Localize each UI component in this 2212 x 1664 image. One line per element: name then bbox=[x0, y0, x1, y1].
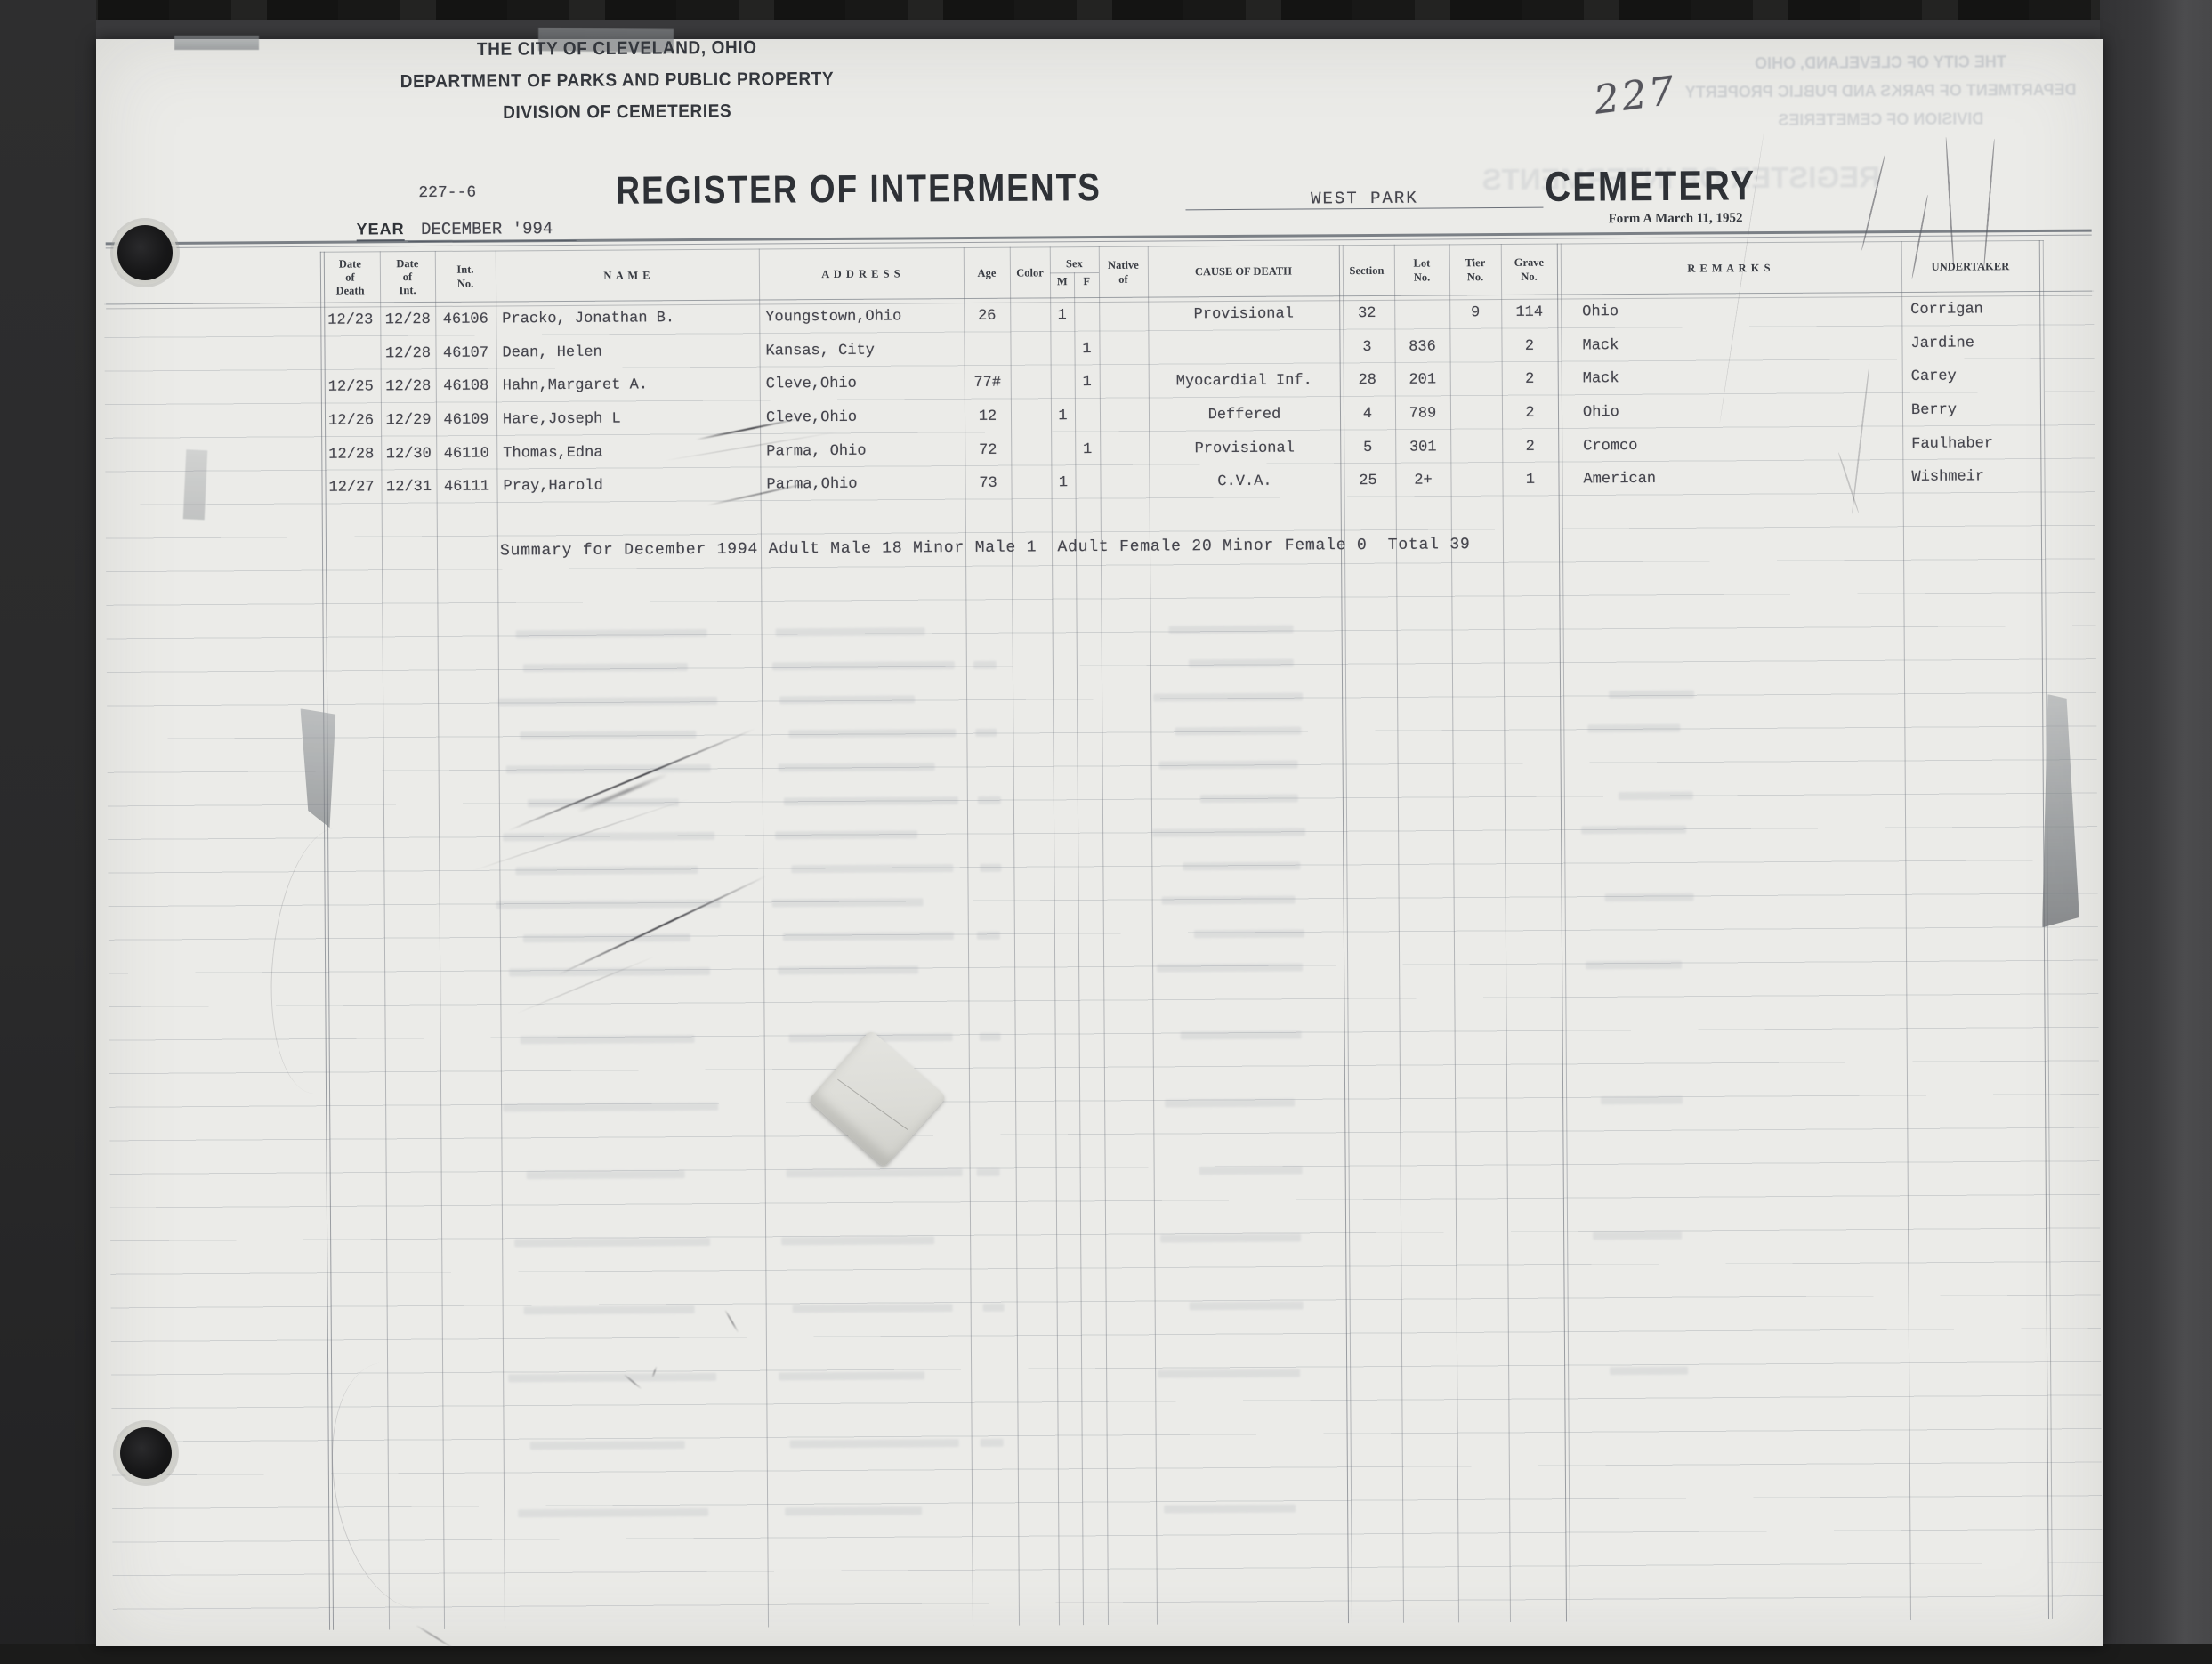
cell-undertaker: Jardine bbox=[1901, 335, 2039, 352]
bleed-through-text: THE CITY OF CLEVELAND, OHIO bbox=[1693, 53, 2067, 74]
hole-punch-top bbox=[117, 225, 173, 280]
cell-age: 12 bbox=[965, 408, 1011, 425]
col-sex-label: Sex bbox=[1050, 257, 1099, 274]
cell-undertaker: Wishmeir bbox=[1902, 468, 2040, 486]
cell-interment-number: 46111 bbox=[436, 479, 496, 496]
cell-date-of-death: 12/27 bbox=[321, 480, 381, 497]
col-interment-number: Int. No. bbox=[435, 263, 496, 291]
cell-age: 72 bbox=[965, 441, 1011, 458]
cell-sex-female: 1 bbox=[1075, 374, 1100, 391]
col-undertaker: UNDERTAKER bbox=[1901, 260, 2039, 274]
cemetery-label: CEMETERY bbox=[1545, 163, 1756, 212]
col-age: Age bbox=[964, 267, 1010, 281]
col-date-of-interment: Date of Int. bbox=[380, 257, 435, 298]
cell-lot: 2+ bbox=[1395, 473, 1450, 489]
cell-date-of-interment: 12/28 bbox=[381, 378, 436, 395]
cell-date-of-interment: 12/28 bbox=[380, 311, 435, 328]
cell-remarks: Ohio bbox=[1558, 402, 1902, 422]
cell-undertaker: Berry bbox=[1902, 401, 2040, 419]
cell-name: Thomas,Edna bbox=[496, 443, 760, 462]
agency-line-1: THE CITY OF CLEVELAND, OHIO bbox=[385, 37, 848, 61]
cell-interment-number: 46107 bbox=[435, 344, 496, 361]
cell-interment-number: 46109 bbox=[436, 412, 496, 429]
cell-undertaker: Corrigan bbox=[1901, 301, 2039, 319]
cell-date-of-interment: 12/28 bbox=[380, 345, 435, 362]
cell-lot: 836 bbox=[1394, 338, 1449, 355]
col-date-of-death: Date of Death bbox=[320, 257, 380, 298]
cell-interment-number: 46106 bbox=[435, 311, 496, 328]
scanner-edge-right bbox=[2100, 0, 2212, 1664]
cell-sex-male: 1 bbox=[1051, 408, 1075, 424]
cell-cause-of-death: Deffered bbox=[1149, 406, 1340, 424]
cell-section: 25 bbox=[1340, 473, 1395, 489]
cell-address: Cleve,Ohio bbox=[760, 375, 965, 393]
year-label: YEAR bbox=[357, 220, 405, 241]
cell-grave: 2 bbox=[1502, 405, 1558, 422]
cell-remarks: Cromco bbox=[1558, 436, 1902, 456]
cell-date-of-interment: 12/30 bbox=[381, 446, 436, 463]
col-remarks: R E M A R K S bbox=[1557, 261, 1901, 277]
cell-age: 73 bbox=[965, 475, 1011, 492]
cell-sex-female: 1 bbox=[1074, 341, 1099, 358]
cell-date-of-death: 12/28 bbox=[321, 446, 381, 463]
col-lot-number: Lot No. bbox=[1394, 257, 1449, 285]
col-sex-male: M bbox=[1050, 275, 1075, 288]
cell-cause-of-death: Provisional bbox=[1149, 440, 1340, 457]
col-tier-number: Tier No. bbox=[1449, 256, 1501, 284]
col-grave-number: Grave No. bbox=[1501, 256, 1557, 284]
cemetery-name-line: WEST PARK bbox=[1185, 188, 1543, 211]
cell-address: Cleve,Ohio bbox=[760, 408, 965, 427]
cell-age: 77# bbox=[965, 375, 1011, 392]
cell-date-of-interment: 12/31 bbox=[381, 479, 436, 496]
page-content: THE CITY OF CLEVELAND, OHIO DEPARTMENT O… bbox=[92, 33, 2110, 1653]
handwritten-page-number: 227 bbox=[1592, 68, 1680, 124]
col-sex-female: F bbox=[1074, 275, 1099, 288]
cell-undertaker: Faulhaber bbox=[1902, 435, 2040, 453]
col-section: Section bbox=[1339, 264, 1394, 279]
cell-date-of-death: 12/26 bbox=[321, 412, 381, 429]
cell-cause-of-death: Provisional bbox=[1148, 306, 1339, 324]
cell-remarks: Ohio bbox=[1557, 302, 1901, 321]
cell-lot: 789 bbox=[1395, 405, 1450, 422]
cell-name: Pracko, Jonathan B. bbox=[496, 310, 759, 328]
cell-undertaker: Carey bbox=[1902, 368, 2040, 385]
cell-lot: 301 bbox=[1395, 439, 1450, 456]
col-native-of: Native of bbox=[1099, 259, 1148, 287]
cell-interment-number: 46110 bbox=[436, 445, 496, 462]
cell-grave: 2 bbox=[1502, 438, 1558, 455]
bleed-through-text: DIVISION OF CEMETERIES bbox=[1721, 109, 2041, 130]
cell-interment-number: 46108 bbox=[436, 378, 496, 395]
col-address: A D D R E S S bbox=[759, 267, 964, 282]
cell-section: 5 bbox=[1340, 439, 1395, 456]
cell-remarks: Mack bbox=[1558, 368, 1902, 388]
col-name: N A M E bbox=[496, 268, 759, 283]
cell-date-of-interment: 12/29 bbox=[381, 412, 436, 429]
cell-date-of-death: 12/23 bbox=[320, 312, 380, 329]
cell-sex-male: 1 bbox=[1050, 307, 1074, 324]
cell-section: 28 bbox=[1340, 372, 1395, 389]
form-number-note: 227--6 bbox=[418, 184, 476, 202]
cell-lot: 201 bbox=[1395, 372, 1450, 389]
cell-cause-of-death bbox=[1149, 348, 1340, 349]
cell-cause-of-death: C.V.A. bbox=[1149, 473, 1340, 490]
cell-address: Youngstown,Ohio bbox=[759, 308, 964, 327]
agency-line-3: DIVISION OF CEMETERIES bbox=[386, 101, 849, 125]
cell-age: 26 bbox=[964, 308, 1010, 325]
year-row: YEAR DECEMBER '994 bbox=[357, 219, 577, 240]
scanner-edge-left bbox=[0, 0, 96, 1664]
cell-grave: 2 bbox=[1502, 371, 1558, 388]
cell-grave: 1 bbox=[1502, 472, 1558, 489]
col-cause-of-death: CAUSE OF DEATH bbox=[1148, 264, 1339, 279]
tape-artifact-left-small bbox=[183, 449, 208, 520]
bleed-through-text: DEPARTMENT OF PARKS AND PUBLIC PROPERTY bbox=[1676, 81, 2086, 102]
cell-tier: 9 bbox=[1449, 304, 1501, 321]
agency-line-2: DEPARTMENT OF PARKS AND PUBLIC PROPERTY bbox=[385, 69, 848, 93]
form-note: Form A March 11, 1952 bbox=[1609, 211, 1743, 227]
cell-address: Parma,Ohio bbox=[760, 475, 965, 494]
cell-name: Dean, Helen bbox=[496, 343, 759, 361]
hole-punch-bottom bbox=[120, 1427, 172, 1479]
cell-section: 4 bbox=[1340, 406, 1395, 423]
cell-sex-male: 1 bbox=[1051, 474, 1075, 491]
register-of-interments-scan: THE CITY OF CLEVELAND, OHIO DEPARTMENT O… bbox=[96, 39, 2103, 1646]
cell-grave: 114 bbox=[1501, 304, 1557, 321]
cell-grave: 2 bbox=[1501, 337, 1557, 354]
cell-address: Parma, Ohio bbox=[760, 442, 965, 461]
cell-address: Kansas, City bbox=[759, 342, 964, 360]
cell-sex-female: 1 bbox=[1075, 441, 1100, 458]
cell-cause-of-death: Myocardial Inf. bbox=[1149, 373, 1340, 391]
cell-name: Hare,Joseph L bbox=[496, 410, 760, 429]
cell-remarks: Mack bbox=[1557, 335, 1901, 355]
cell-name: Hahn,Margaret A. bbox=[496, 376, 760, 395]
cemetery-name: WEST PARK bbox=[1311, 189, 1418, 209]
col-sex: Sex M F bbox=[1050, 246, 1099, 299]
cell-name: Pray,Harold bbox=[496, 477, 760, 496]
cell-date-of-death: 12/25 bbox=[321, 379, 381, 396]
cell-remarks: American bbox=[1558, 469, 1902, 489]
cell-section: 3 bbox=[1339, 339, 1394, 356]
scanner-edge-top bbox=[0, 0, 2212, 20]
cell-section: 32 bbox=[1339, 305, 1394, 322]
page-title: REGISTER OF INTERMENTS bbox=[616, 166, 1102, 213]
col-color: Color bbox=[1010, 266, 1050, 280]
agency-heading: THE CITY OF CLEVELAND, OHIO DEPARTMENT O… bbox=[385, 37, 849, 135]
